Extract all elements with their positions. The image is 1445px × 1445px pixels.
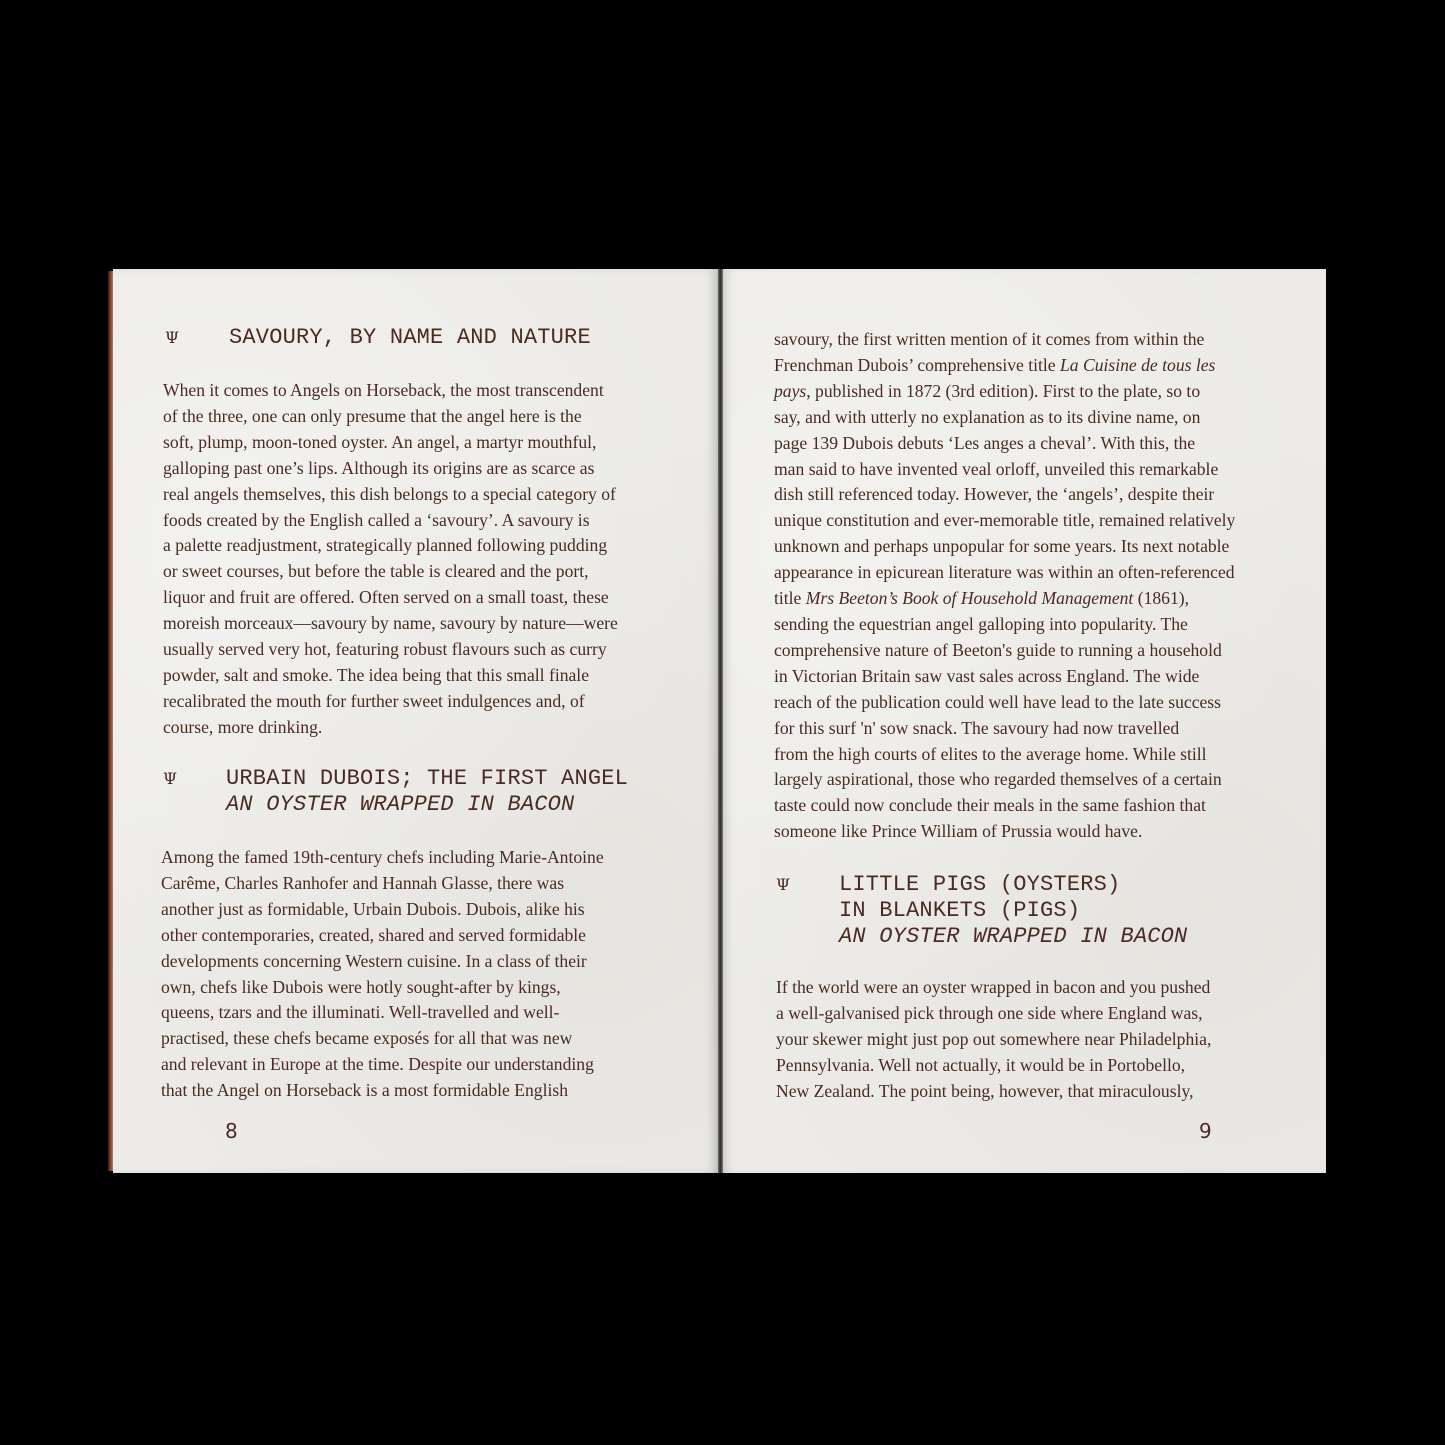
text-line: a palette readjustment, strategically pl… xyxy=(163,533,618,559)
text-line: reach of the publication could well have… xyxy=(774,690,1235,716)
section-subtitle: AN OYSTER WRAPPED IN BACON xyxy=(226,792,628,818)
page-number-right: 9 xyxy=(1199,1119,1212,1143)
section-title: URBAIN DUBOIS; THE FIRST ANGEL xyxy=(226,766,628,792)
text-line: unique constitution and ever-memorable t… xyxy=(774,508,1235,534)
psi-ornament-icon: Ψ xyxy=(163,766,177,792)
text-line: other contemporaries, created, shared an… xyxy=(161,923,604,949)
text-line: liquor and fruit are offered. Often serv… xyxy=(163,585,618,611)
text-line: dish still referenced today. However, th… xyxy=(774,482,1235,508)
text-line: recalibrated the mouth for further sweet… xyxy=(163,689,618,715)
text-line: powder, salt and smoke. The idea being t… xyxy=(163,663,618,689)
psi-ornament-icon: Ψ xyxy=(165,325,179,351)
text-line: queens, tzars and the illuminati. Well-t… xyxy=(161,1000,604,1026)
text-line: someone like Prince William of Prussia w… xyxy=(774,819,1235,845)
book-title-italic: La Cuisine de tous les xyxy=(1060,355,1215,375)
section-subtitle: AN OYSTER WRAPPED IN BACON xyxy=(839,924,1187,950)
text-line: practised, these chefs became exposés fo… xyxy=(161,1026,604,1052)
text-line: or sweet courses, but before the table i… xyxy=(163,559,618,585)
text-line: a well-galvanised pick through one side … xyxy=(776,1001,1211,1027)
text-line: Among the famed 19th-century chefs inclu… xyxy=(161,845,604,871)
text-line: course, more drinking. xyxy=(163,715,618,741)
text-line: If the world were an oyster wrapped in b… xyxy=(776,975,1211,1001)
text-line: that the Angel on Horseback is a most fo… xyxy=(161,1078,604,1104)
section-title-line: LITTLE PIGS (OYSTERS) xyxy=(839,872,1187,898)
text-line: moreish morceaux—savoury by name, savour… xyxy=(163,611,618,637)
section-body-continued: savoury, the first written mention of it… xyxy=(774,327,1235,845)
right-page: savoury, the first written mention of it… xyxy=(723,269,1326,1173)
text-line: taste could now conclude their meals in … xyxy=(774,793,1235,819)
text-line: another just as formidable, Urbain Duboi… xyxy=(161,897,604,923)
text-line: in Victorian Britain saw vast sales acro… xyxy=(774,664,1235,690)
text-line: man said to have invented veal orloff, u… xyxy=(774,457,1235,483)
text-line: pays, published in 1872 (3rd edition). F… xyxy=(774,379,1235,405)
section-title: SAVOURY, BY NAME AND NATURE xyxy=(229,325,591,350)
section-body-savoury: When it comes to Angels on Horseback, th… xyxy=(163,378,618,741)
page-number-left: 8 xyxy=(225,1119,238,1143)
text-line: from the high courts of elites to the av… xyxy=(774,742,1235,768)
text-line: page 139 Dubois debuts ‘Les anges a chev… xyxy=(774,431,1235,457)
text-line: for this surf 'n' sow snack. The savoury… xyxy=(774,716,1235,742)
text-line: title Mrs Beeton’s Book of Household Man… xyxy=(774,586,1235,612)
text-line: real angels themselves, this dish belong… xyxy=(163,482,618,508)
text-line: of the three, one can only presume that … xyxy=(163,404,618,430)
text-line: When it comes to Angels on Horseback, th… xyxy=(163,378,618,404)
text-line: say, and with utterly no explanation as … xyxy=(774,405,1235,431)
text-line: largely aspirational, those who regarded… xyxy=(774,767,1235,793)
text-line: galloping past one’s lips. Although its … xyxy=(163,456,618,482)
book-title-italic: pays xyxy=(774,381,806,401)
section-body-dubois: Among the famed 19th-century chefs inclu… xyxy=(161,845,604,1104)
text-line: soft, plump, moon-toned oyster. An angel… xyxy=(163,430,618,456)
book-title-italic: Mrs Beeton’s Book of Household Managemen… xyxy=(806,588,1134,608)
text-line: own, chefs like Dubois were hotly sought… xyxy=(161,975,604,1001)
text-line: your skewer might just pop out somewhere… xyxy=(776,1027,1211,1053)
left-page: Ψ SAVOURY, BY NAME AND NATURE When it co… xyxy=(113,269,720,1173)
text-line: sending the equestrian angel galloping i… xyxy=(774,612,1235,638)
text-line: Carême, Charles Ranhofer and Hannah Glas… xyxy=(161,871,604,897)
text-line: foods created by the English called a ‘s… xyxy=(163,508,618,534)
text-line: New Zealand. The point being, however, t… xyxy=(776,1079,1211,1105)
section-title-line: IN BLANKETS (PIGS) xyxy=(839,898,1187,924)
text-line: developments concerning Western cuisine.… xyxy=(161,949,604,975)
psi-ornament-icon: Ψ xyxy=(776,872,790,898)
text-line: savoury, the first written mention of it… xyxy=(774,327,1235,353)
open-booklet-spread: Ψ SAVOURY, BY NAME AND NATURE When it co… xyxy=(108,269,1326,1173)
text-line: usually served very hot, featuring robus… xyxy=(163,637,618,663)
text-line: appearance in epicurean literature was w… xyxy=(774,560,1235,586)
text-line: comprehensive nature of Beeton's guide t… xyxy=(774,638,1235,664)
text-line: unknown and perhaps unpopular for some y… xyxy=(774,534,1235,560)
text-line: Pennsylvania. Well not actually, it woul… xyxy=(776,1053,1211,1079)
section-body-little-pigs: If the world were an oyster wrapped in b… xyxy=(776,975,1211,1105)
text-line: Frenchman Dubois’ comprehensive title La… xyxy=(774,353,1235,379)
text-line: and relevant in Europe at the time. Desp… xyxy=(161,1052,604,1078)
